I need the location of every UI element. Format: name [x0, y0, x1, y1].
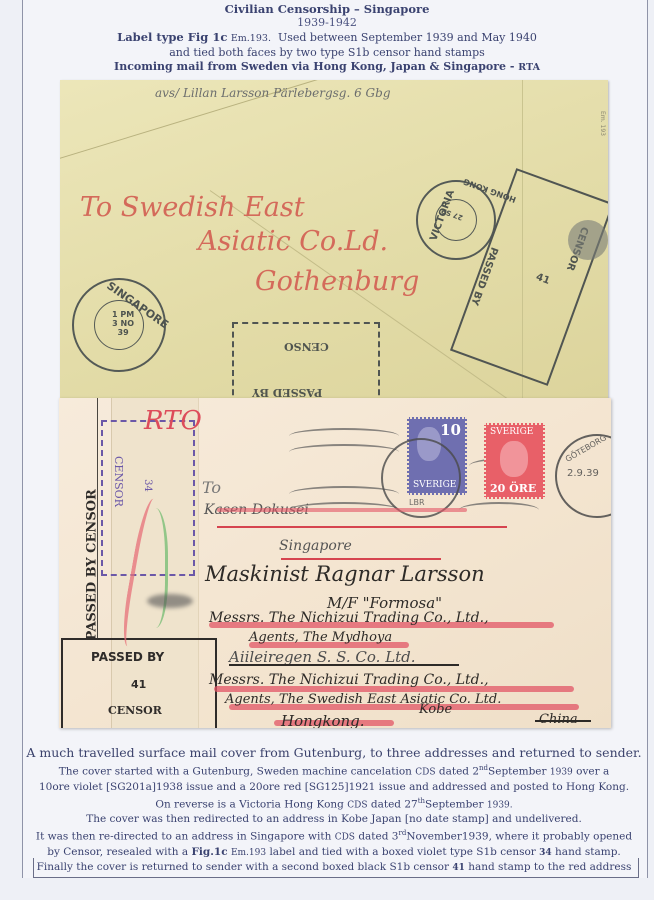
address-line: Agents, The Mydhoya — [249, 630, 392, 645]
ink-smudge — [147, 594, 193, 608]
machine-cancel-wave — [289, 428, 399, 444]
caption-lead: A much travelled surface mail cover from… — [22, 744, 646, 761]
address-line-hongkong: Hongkong. — [281, 712, 365, 728]
label-type-em: Em.193. — [231, 33, 271, 44]
stamp-value: 20 ÖRE — [490, 482, 536, 495]
page-header: Civilian Censorship – Singapore 1939-194… — [0, 2, 654, 75]
address-line: Messrs. The Nichizui Trading Co., Ltd., — [209, 610, 489, 626]
machine-cancel-wave — [289, 444, 399, 460]
rta-tag: RTA — [518, 62, 540, 73]
label-type-line: Label type Fig 1c Em.193. Used between S… — [0, 30, 654, 46]
stamp-line: PASSED BY — [91, 650, 164, 664]
envelope-reverse: avs/ Lillan Larsson Pärlebergsg. 6 Gbg T… — [60, 80, 608, 400]
stamp-number: 34 — [142, 479, 153, 492]
red-address-line-2: Asiatic Co.Ld. — [198, 226, 388, 257]
caption-line-3: On reverse is a Victoria Hong Kong CDS d… — [22, 794, 646, 813]
singapore-postmark: SINGAPORE 1 PM 3 NO 39 — [72, 278, 166, 372]
address-line-kobe: Kobe — [419, 702, 452, 717]
censor-stamp-bottom-reverse: CENSO PASSED BY — [232, 322, 380, 400]
page-title: Civilian Censorship – Singapore — [0, 2, 654, 16]
stamp-number: 41 — [534, 272, 551, 287]
stamp-country: SVERIGE — [490, 427, 533, 437]
page-years: 1939-1942 — [0, 16, 654, 30]
strike-line — [217, 526, 507, 528]
stamp-line: CENSOR — [108, 704, 162, 717]
victoria-postmark: VICTORIA HONG KONG 27 SP — [416, 180, 496, 260]
stamp-value: 10 — [440, 421, 461, 439]
postmark-date: 1 PM 3 NO 39 — [112, 310, 134, 337]
crown-seal-icon — [568, 220, 608, 260]
tied-line: and tied both faces by two type S1b cens… — [0, 46, 654, 60]
green-crayon-mark — [137, 508, 168, 628]
description-caption: A much travelled surface mail cover from… — [22, 744, 646, 875]
strike-line — [535, 720, 591, 722]
stamp-line: CENSO — [284, 340, 329, 353]
rto-annotation: RTO — [144, 406, 202, 436]
stamp-number: 41 — [131, 678, 146, 691]
strike-line — [281, 558, 441, 560]
machine-cancel-wave — [459, 502, 539, 518]
sender-pencil-note: avs/ Lillan Larsson Pärlebergsg. 6 Gbg — [155, 86, 391, 100]
envelope-front: PASSED BY CENSOR CENSOR 34 PASSED BY 41 … — [59, 398, 611, 728]
side-stamp-border — [97, 398, 98, 638]
strike-line — [217, 508, 467, 512]
gothenburg-postmark: GÖTEBORG 2.9.39 — [555, 434, 611, 518]
incoming-line: Incoming mail from Sweden via Hong Kong,… — [0, 60, 654, 75]
caption-line-1: The cover started with a Gutenburg, Swed… — [22, 761, 646, 780]
portrait-icon — [500, 441, 528, 477]
red-address-line-1: To Swedish East — [80, 192, 305, 223]
struck-address-2: Singapore — [279, 538, 352, 554]
incoming-text: Incoming mail from Sweden via Hong Kong,… — [114, 60, 514, 73]
stamp-line: CENSOR — [112, 456, 125, 507]
red-address-line-3: Gothenburg — [255, 266, 419, 297]
machine-cancel-ring: LBR — [381, 438, 461, 518]
to-label: To — [202, 478, 221, 497]
caption-frame — [33, 858, 639, 878]
caption-line-2: 10ore violet [SG201a]1938 issue and a 20… — [22, 780, 646, 794]
recipient-name: Maskinist Ragnar Larsson — [205, 562, 485, 586]
caption-line-5: It was then re-directed to an address in… — [22, 826, 646, 845]
censor-stamp-41-black: PASSED BY 41 CENSOR — [61, 638, 217, 728]
stamp-20-ore-red: SVERIGE 20 ÖRE — [484, 423, 545, 499]
caption-line-4: The cover was then redirected to an addr… — [22, 812, 646, 826]
address-line: Agents, The Swedish East Asiatic Co. Ltd… — [225, 692, 501, 707]
label-type-bold: Label type Fig 1c — [117, 30, 227, 44]
label-type-rest: Used between September 1939 and May 1940 — [278, 31, 537, 44]
strike-line — [229, 664, 459, 666]
address-line: Messrs. The Nichizui Trading Co., Ltd., — [209, 672, 489, 688]
label-em-number: Em. 193 — [599, 111, 606, 136]
